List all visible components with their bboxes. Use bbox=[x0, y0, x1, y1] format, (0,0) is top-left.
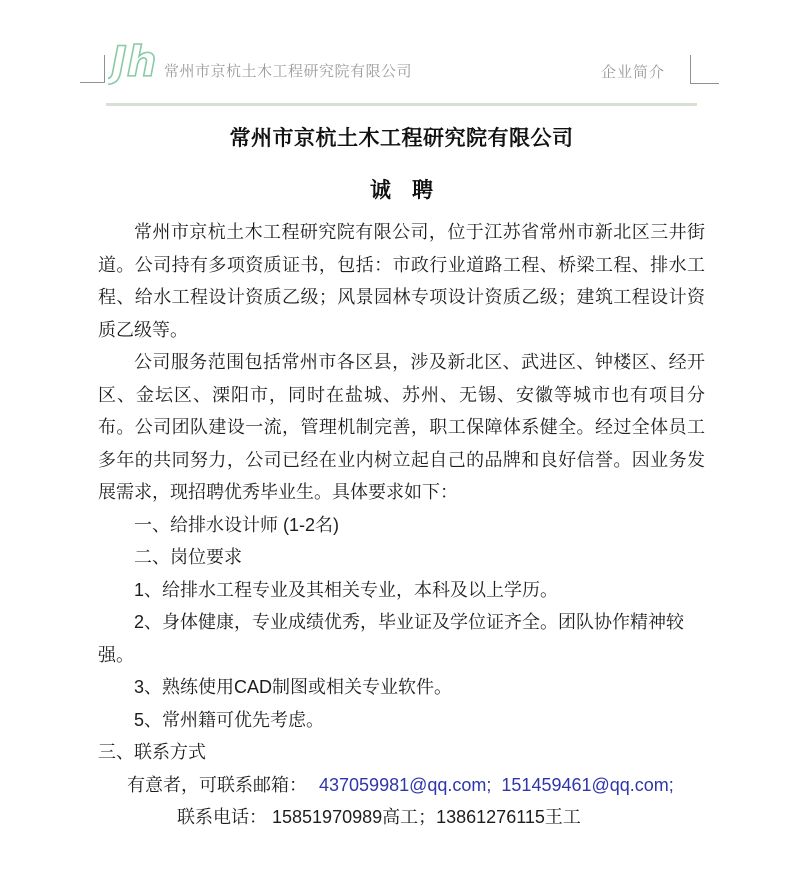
email-link-2[interactable]: 151459461@qq.com; bbox=[501, 775, 673, 795]
list-item-requirement-2: 2、身体健康，专业成绩优秀，毕业证及学位证齐全。团队协作精神较强。 bbox=[98, 606, 705, 671]
contact-email-line: 有意者，可联系邮箱：437059981@qq.com;151459461@qq.… bbox=[98, 769, 705, 802]
list-item-requirements-heading: 二、岗位要求 bbox=[98, 541, 705, 574]
list-item-requirement-1: 1、给排水工程专业及其相关专业，本科及以上学历。 bbox=[98, 574, 705, 607]
header-divider bbox=[106, 103, 697, 106]
left-corner-bracket bbox=[80, 55, 105, 83]
company-logo: Jh bbox=[108, 34, 164, 86]
header-company-name: 常州市京杭土木工程研究院有限公司 bbox=[164, 60, 412, 81]
document-title: 常州市京杭土木工程研究院有限公司 bbox=[98, 126, 705, 152]
header-section-label: 企业简介 bbox=[601, 61, 665, 82]
document-subtitle: 诚 聘 bbox=[98, 178, 705, 204]
list-item-requirement-3: 3、熟练使用CAD制图或相关专业软件。 bbox=[98, 671, 705, 704]
email-link-1[interactable]: 437059981@qq.com; bbox=[319, 775, 491, 795]
logo-text: Jh bbox=[108, 37, 157, 86]
intro-paragraph: 常州市京杭土木工程研究院有限公司，位于江苏省常州市新北区三井街道。公司持有多项资… bbox=[98, 216, 705, 346]
page: Jh 常州市京杭土木工程研究院有限公司 企业简介 常州市京杭土木工程研究院有限公… bbox=[0, 0, 799, 892]
contact-email-label: 有意者，可联系邮箱： bbox=[127, 775, 307, 795]
right-corner-bracket bbox=[690, 55, 719, 84]
contact-phone-line: 联系电话： 15851970989高工；13861276115王工 bbox=[98, 801, 705, 834]
contact-section-heading: 三、联系方式 bbox=[98, 736, 705, 769]
list-item-requirement-5: 5、常州籍可优先考虑。 bbox=[98, 704, 705, 737]
document-body: 常州市京杭土木工程研究院有限公司 诚 聘 常州市京杭土木工程研究院有限公司，位于… bbox=[98, 112, 705, 834]
service-paragraph: 公司服务范围包括常州市各区县，涉及新北区、武进区、钟楼区、经开区、金坛区、溧阳市… bbox=[98, 346, 705, 509]
list-item-position: 一、给排水设计师 (1-2名) bbox=[98, 509, 705, 542]
